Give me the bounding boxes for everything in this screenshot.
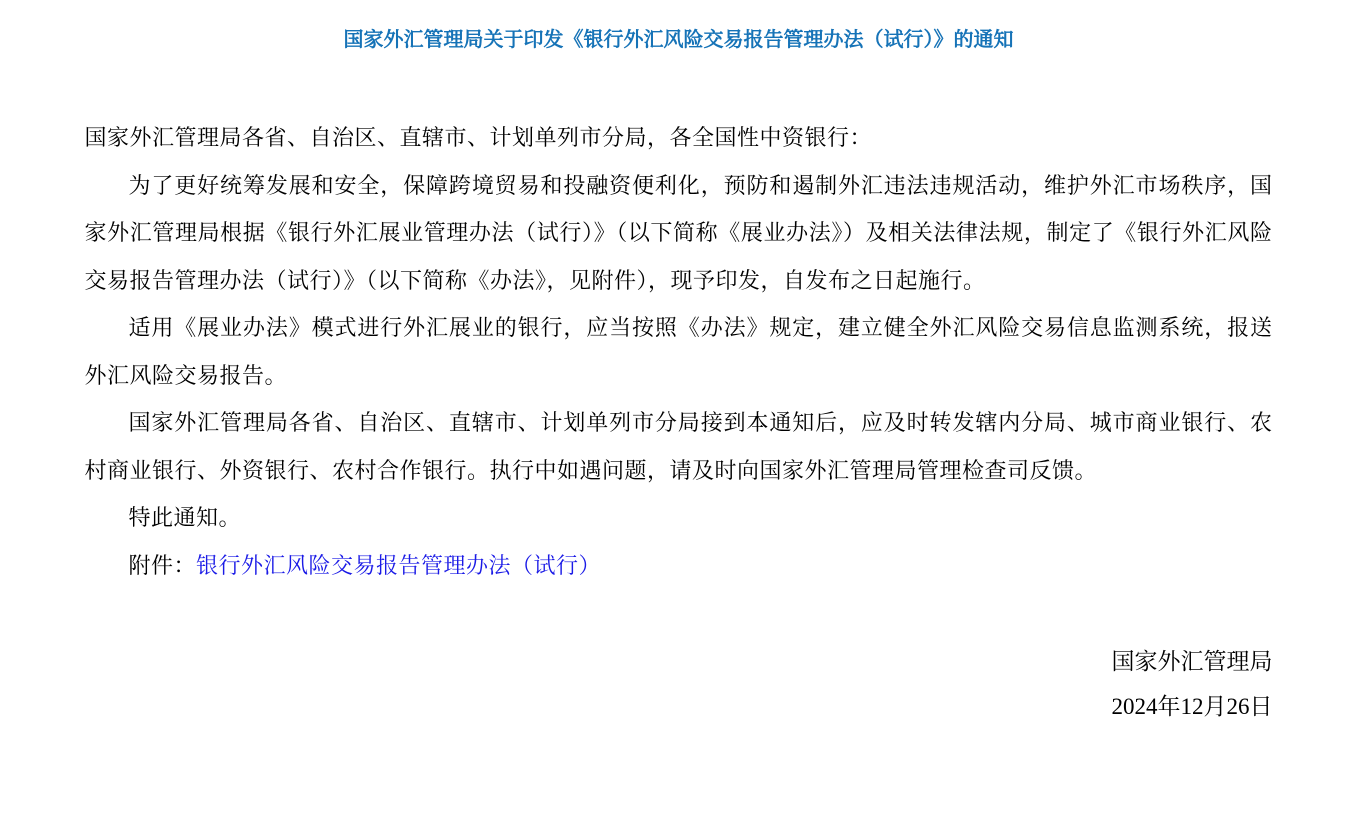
attachment-link[interactable]: 银行外汇风险交易报告管理办法（试行） — [196, 553, 601, 578]
paragraph-2: 适用《展业办法》模式进行外汇展业的银行，应当按照《办法》规定，建立健全外汇风险交… — [85, 304, 1273, 399]
paragraph-3: 国家外汇管理局各省、自治区、直辖市、计划单列市分局接到本通知后，应及时转发辖内分… — [85, 399, 1273, 494]
salutation: 国家外汇管理局各省、自治区、直辖市、计划单列市分局，各全国性中资银行： — [85, 114, 1273, 162]
signature-block: 国家外汇管理局 2024年12月26日 — [85, 639, 1273, 729]
paragraph-1: 为了更好统筹发展和安全，保障跨境贸易和投融资便利化，预防和遏制外汇违法违规活动，… — [85, 162, 1273, 305]
signature-date: 2024年12月26日 — [85, 684, 1273, 729]
attachment-line: 附件：银行外汇风险交易报告管理办法（试行） — [85, 542, 1273, 590]
signature-issuer: 国家外汇管理局 — [85, 639, 1273, 684]
notice-close: 特此通知。 — [85, 494, 1273, 542]
notice-document: 国家外汇管理局关于印发《银行外汇风险交易报告管理办法（试行）》的通知 国家外汇管… — [85, 0, 1273, 729]
attachment-label: 附件： — [129, 553, 197, 578]
page-title: 国家外汇管理局关于印发《银行外汇风险交易报告管理办法（试行）》的通知 — [85, 26, 1273, 54]
